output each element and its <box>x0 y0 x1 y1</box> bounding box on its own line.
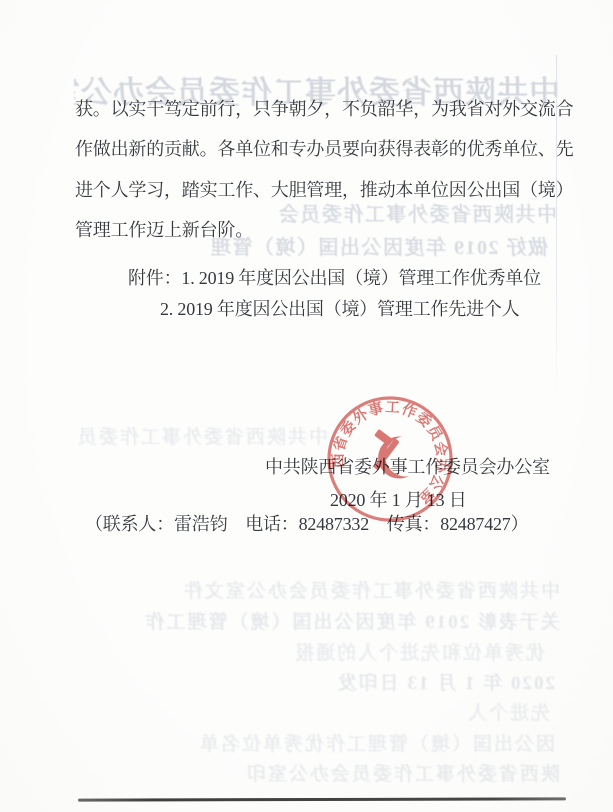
hammer-and-sickle-icon <box>369 426 409 481</box>
official-seal-graphic: 中共陕西省委外事工作委员会办公室 <box>313 382 467 536</box>
body-line-1: 获。以实干笃定前行，只争朝夕，不负韶华，为我省对外交流合 <box>75 98 573 121</box>
bleedthrough-bottom-row-1: 中共陕西省委外事工作委员会办公室文件 <box>85 581 560 604</box>
official-seal: 中共陕西省委外事工作委员会办公室 <box>313 382 467 536</box>
bleedthrough-bottom-row-7: 陕西省委外事工作委员会办公室印 <box>85 764 560 787</box>
body-line-2: 作做出新的贡献。各单位和专办员要向获得表彰的优秀单位、先 <box>75 138 573 161</box>
scan-artifact-line <box>78 797 566 801</box>
bleedthrough-bottom-row-6: 因公出国（境）管理工作优秀单位名单 <box>85 734 555 757</box>
bleedthrough-bottom-row-5: 先进个人 <box>240 703 550 726</box>
bleedthrough-bottom-row-2: 关于表彰 2019 年度因公出国（境）管理工作 <box>85 612 560 635</box>
bleedthrough-signature-fragment: 中共陕西省委外事工作委员会办公室 <box>78 427 328 450</box>
bleedthrough-bottom-row-3: 优秀单位和先进个人的通报 <box>85 643 545 666</box>
bleedthrough-mid-line-1: 中共陕西省委外事工作委员会 <box>230 203 557 227</box>
bleedthrough-mid-line-2: 做好 2019 年度因公出国（境）管理 <box>140 236 548 260</box>
scanned-document-page: 中共陕西省委外事工作委员会办公室 获。以实干笃定前行，只争朝夕，不负韶华，为我省… <box>0 0 613 812</box>
bleedthrough-bottom-row-4: 2020 年 1 月 13 日印发 <box>85 673 555 696</box>
paper-fold-line <box>556 55 557 405</box>
attachment-line-1: 附件：1. 2019 年度因公出国（境）管理工作优秀单位 <box>128 267 541 290</box>
attachment-line-2: 2. 2019 年度因公出国（境）管理工作先进个人 <box>160 298 520 321</box>
body-line-3: 进个人学习，踏实工作、大胆管理，推动本单位因公出国（境） <box>75 179 573 202</box>
